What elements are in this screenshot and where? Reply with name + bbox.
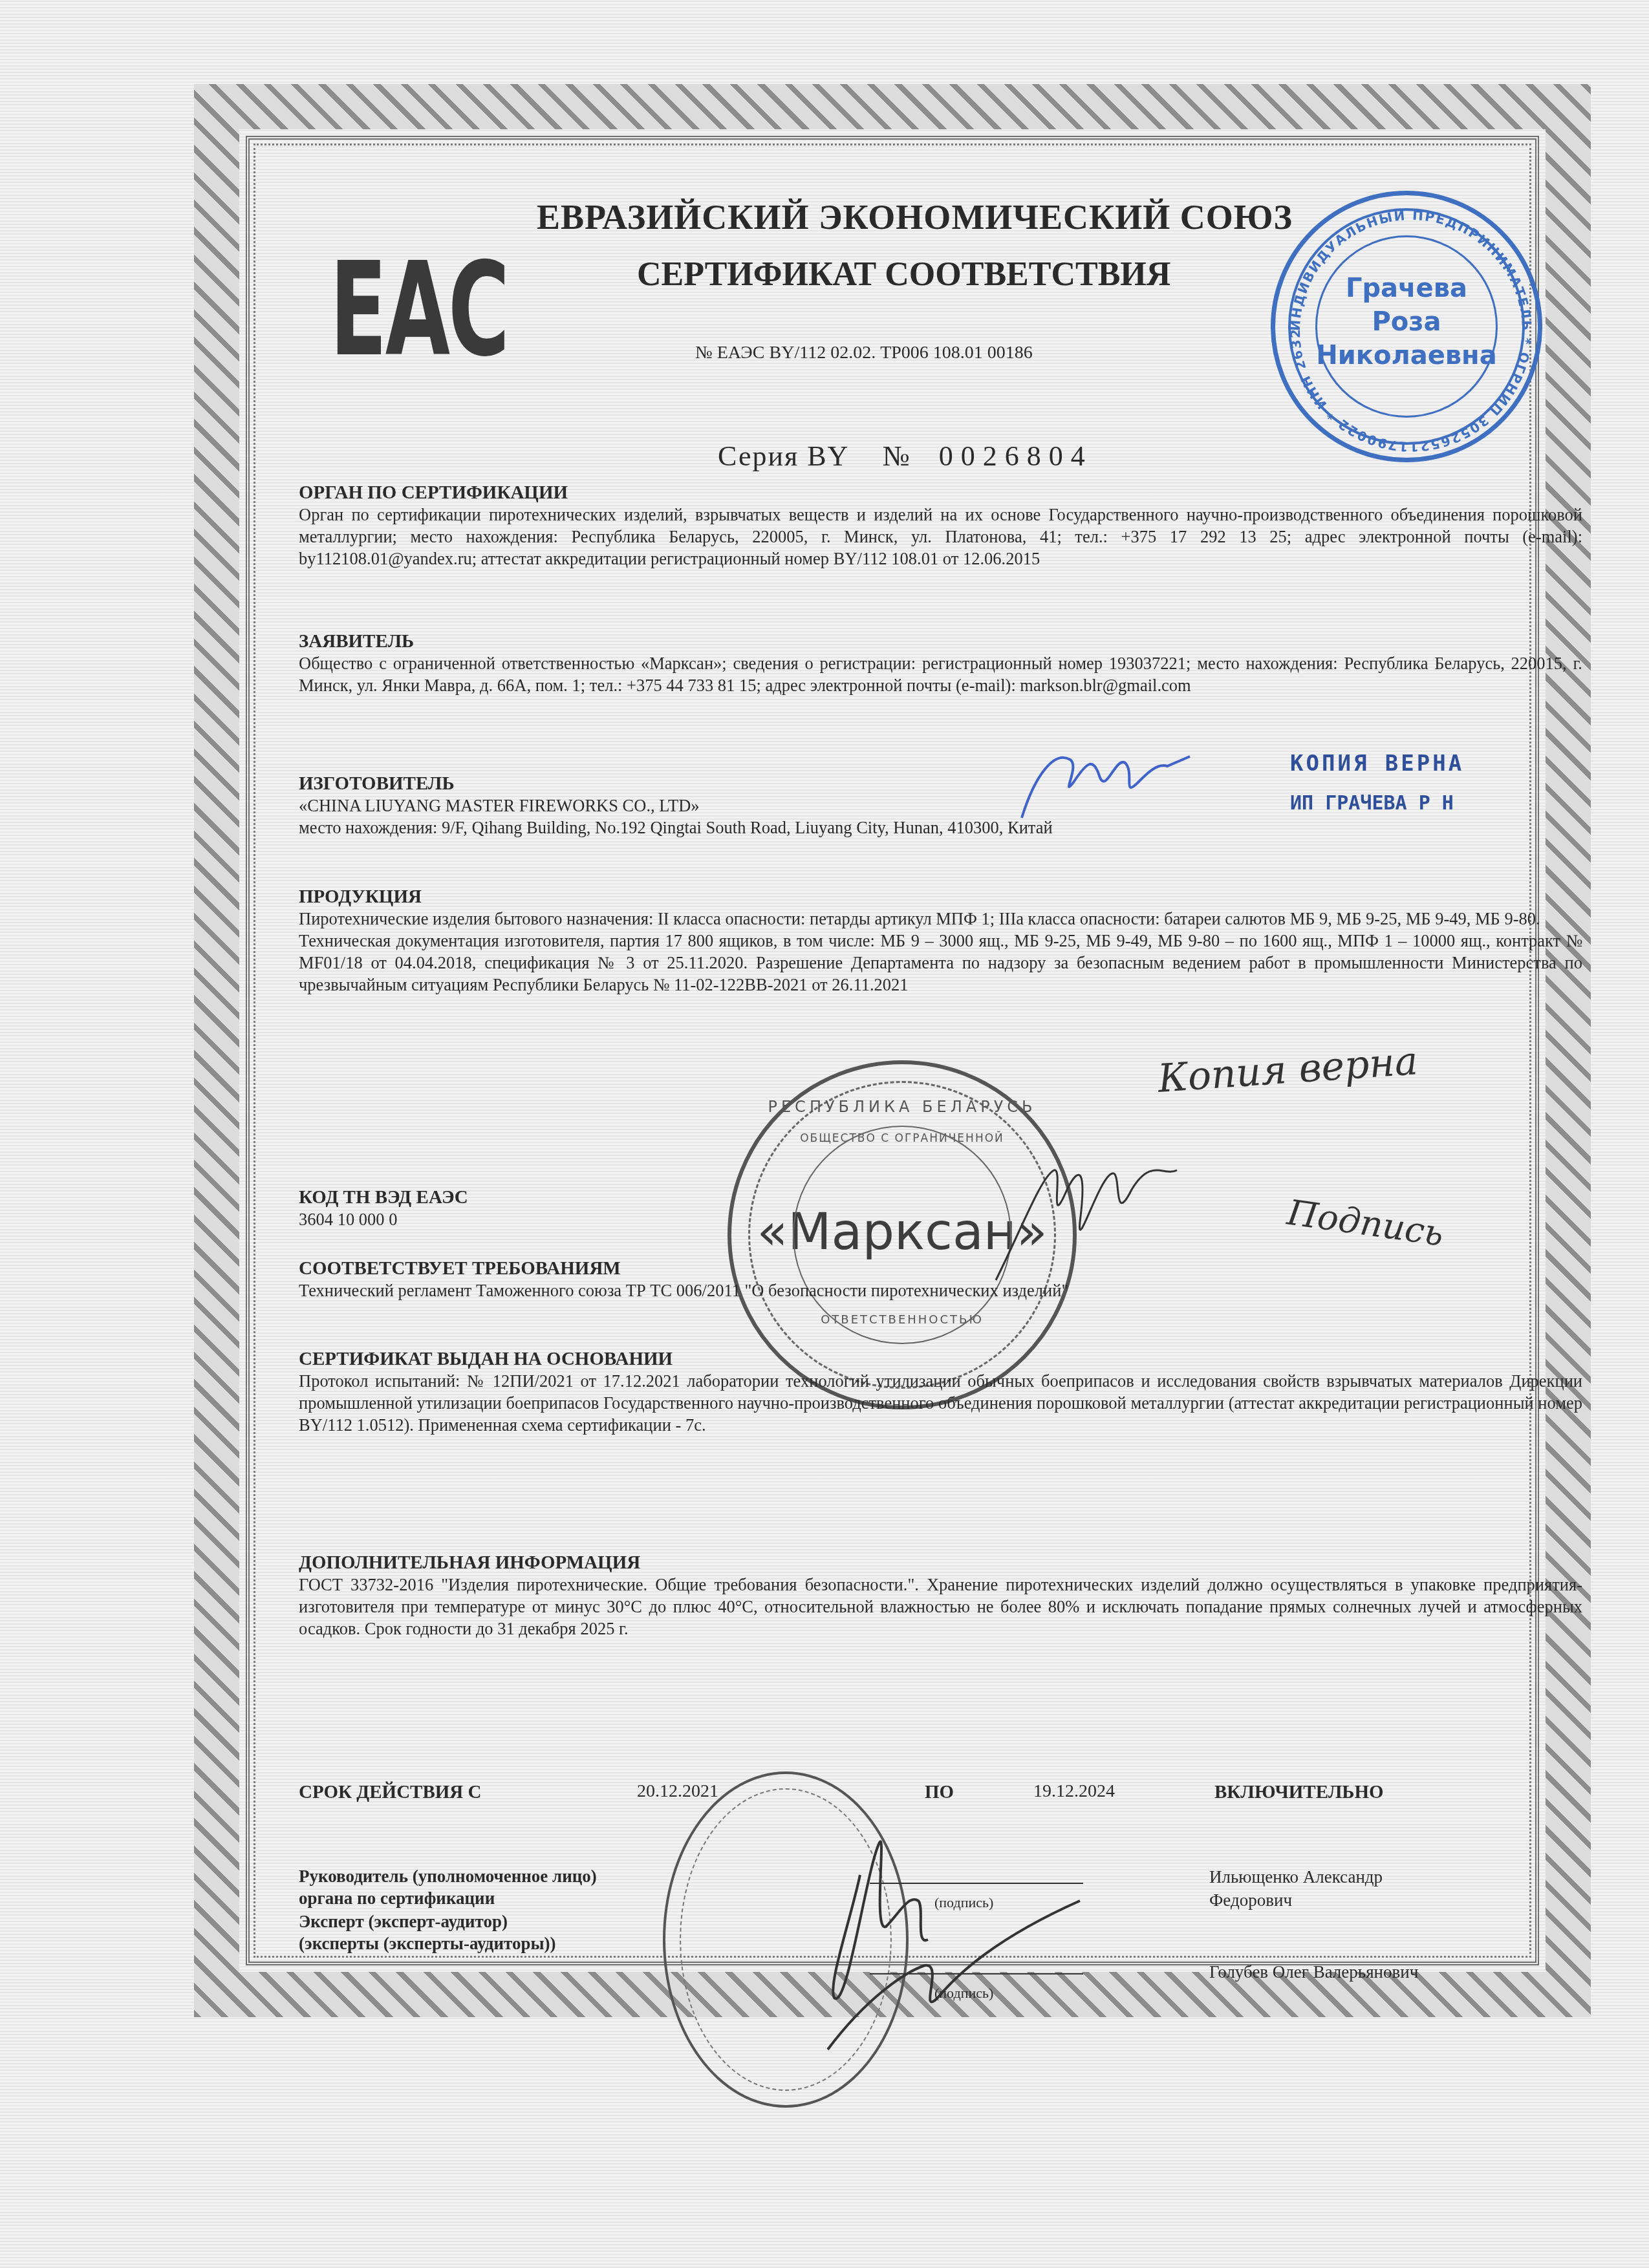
section-additional-info: ДОПОЛНИТЕЛЬНАЯ ИНФОРМАЦИЯ ГОСТ 33732-201… [299, 1552, 1582, 1640]
section-text: Орган по сертификации пиротехнических из… [299, 504, 1582, 570]
union-title: ЕВРАЗИЙСКИЙ ЭКОНОМИЧЕСКИЙ СОЮЗ [537, 197, 1293, 237]
head-name-line1: Ильющенко Александр [1209, 1865, 1383, 1888]
expert-label: Эксперт (эксперт-аудитор) (эксперты (экс… [299, 1910, 556, 1954]
series-label: Серия BY [718, 440, 848, 472]
certificate-number: № ЕАЭС BY/112 02.02. ТР006 108.01 00186 [695, 343, 1033, 363]
expert-label-line2: (эксперты (эксперты-аудиторы)) [299, 1932, 556, 1954]
section-basis: СЕРТИФИКАТ ВЫДАН НА ОСНОВАНИИ Протокол и… [299, 1348, 1582, 1436]
head-label-line1: Руководитель (уполномоченное лицо) [299, 1865, 597, 1887]
expert-label-line1: Эксперт (эксперт-аудитор) [299, 1910, 556, 1932]
stamp-top-text: РЕСПУБЛИКА БЕЛАРУСЬ [731, 1098, 1073, 1116]
stamp-surname: Грачева [1275, 272, 1538, 305]
head-label-line2: органа по сертификации [299, 1887, 597, 1909]
section-heading: ОРГАН ПО СЕРТИФИКАЦИИ [299, 482, 1582, 504]
stamp-bottom-text: ОТВЕТСТВЕННОСТЬЮ [731, 1313, 1073, 1327]
eac-logo-icon: ЕАС [330, 253, 508, 367]
section-hs-code: КОД ТН ВЭД ЕАЭС 3604 10 000 0 [299, 1186, 687, 1230]
manufacturer-address: место нахождения: 9/F, Qihang Building, … [299, 817, 1582, 839]
ip-stamp: ИНДИВИДУАЛЬНЫЙ ПРЕДПРИНИМАТЕЛЬ * ОГРНИП … [1271, 191, 1542, 462]
series-number: Серия BY № 0026804 [718, 440, 1093, 473]
expert-name: Голубев Олег Валерьянович [1209, 1962, 1418, 1982]
section-products: ПРОДУКЦИЯ Пиротехнические изделия бытово… [299, 886, 1582, 996]
document-title: СЕРТИФИКАТ СООТВЕТСТВИЯ [637, 255, 1170, 294]
products-description: Пиротехнические изделия бытового назначе… [299, 908, 1582, 930]
section-applicant: ЗАЯВИТЕЛЬ Общество с ограниченной ответс… [299, 630, 1582, 696]
section-text: Протокол испытаний: № 12ПИ/2021 от 17.12… [299, 1370, 1582, 1436]
section-conforms: СООТВЕТСТВУЕТ ТРЕБОВАНИЯМ Технический ре… [299, 1257, 1582, 1301]
section-text: Технический регламент Таможенного союза … [299, 1279, 1582, 1301]
series-no-sign: № [883, 440, 911, 472]
section-text: Общество с ограниченной ответственностью… [299, 652, 1582, 696]
section-heading: ДОПОЛНИТЕЛЬНАЯ ИНФОРМАЦИЯ [299, 1552, 1582, 1574]
section-heading: ПРОДУКЦИЯ [299, 886, 1582, 908]
head-signature-line [870, 1883, 1083, 1884]
validity-from-date: 20.12.2021 [637, 1781, 718, 1802]
head-signature [789, 1804, 1099, 2075]
manufacturer-name: «CHINA LIUYANG MASTER FIREWORKS CO., LTD… [299, 795, 1582, 817]
expert-signature-line [870, 1973, 1083, 1974]
stamp-first-name: Роза [1275, 305, 1538, 339]
head-name-line2: Федорович [1209, 1888, 1383, 1912]
validity-from-label: СРОК ДЕЙСТВИЯ С [299, 1781, 482, 1803]
head-name: Ильющенко Александр Федорович [1209, 1865, 1383, 1912]
validity-to-date: 19.12.2024 [1033, 1781, 1115, 1802]
head-signature-caption: (подпись) [934, 1894, 993, 1911]
series-value: 0026804 [939, 440, 1093, 472]
stamp-name: Грачева Роза Николаевна [1275, 272, 1538, 372]
validity-inclusive: ВКЛЮЧИТЕЛЬНО [1214, 1781, 1384, 1803]
stamp-sub-text: ОБЩЕСТВО С ОГРАНИЧЕННОЙ [731, 1132, 1073, 1145]
section-text: ГОСТ 33732-2016 "Изделия пиротехнические… [299, 1574, 1582, 1640]
section-heading: КОД ТН ВЭД ЕАЭС [299, 1186, 687, 1208]
certificate-page: ЕАС ЕВРАЗИЙСКИЙ ЭКОНОМИЧЕСКИЙ СОЮЗ СЕРТИ… [0, 0, 1649, 2268]
section-heading: СООТВЕТСТВУЕТ ТРЕБОВАНИЯМ [299, 1257, 1582, 1279]
head-label: Руководитель (уполномоченное лицо) орган… [299, 1865, 597, 1909]
expert-signature-caption: (подпись) [934, 1985, 993, 2002]
hs-code-value: 3604 10 000 0 [299, 1208, 687, 1230]
section-heading: СЕРТИФИКАТ ВЫДАН НА ОСНОВАНИИ [299, 1348, 1582, 1370]
section-certification-body: ОРГАН ПО СЕРТИФИКАЦИИ Орган по сертифика… [299, 482, 1582, 570]
section-heading: ЗАЯВИТЕЛЬ [299, 630, 1582, 652]
section-heading: ИЗГОТОВИТЕЛЬ [299, 773, 1582, 795]
validity-to-label: ПО [925, 1781, 954, 1803]
stamp-patronymic: Николаевна [1275, 339, 1538, 372]
section-manufacturer: ИЗГОТОВИТЕЛЬ «CHINA LIUYANG MASTER FIREW… [299, 773, 1582, 839]
products-documentation: Техническая документация изготовителя, п… [299, 930, 1582, 996]
